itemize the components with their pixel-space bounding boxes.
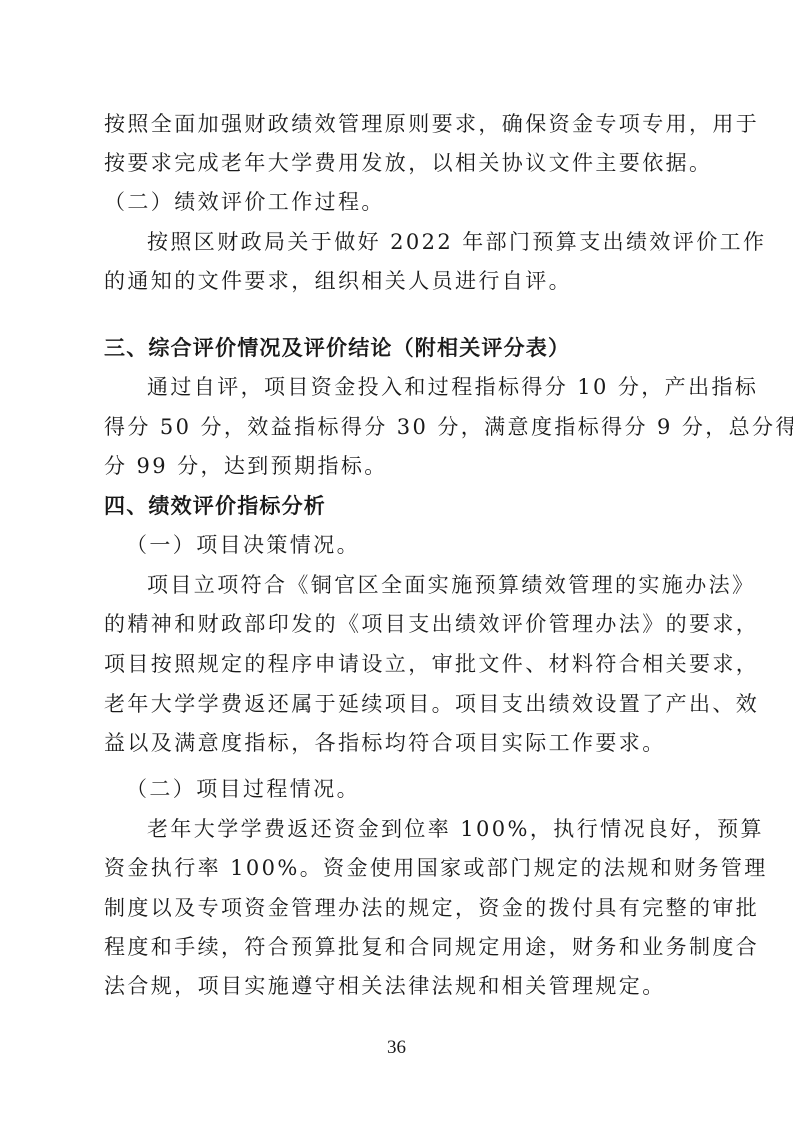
paragraph-line: 程度和手续，符合预算批复和合同规定用途，财务和业务制度合 [104,931,759,961]
subsection-heading: （二）项目过程情况。 [126,773,360,803]
paragraph-line: 通过自评，项目资金投入和过程指标得分 10 分，产出指标 [147,371,758,401]
paragraph-line: 益以及满意度指标，各指标均符合项目实际工作要求。 [104,727,666,757]
subsection-heading: （二）绩效评价工作过程。 [104,186,385,216]
paragraph-line: 法合规，项目实施遵守相关法律法规和相关管理规定。 [104,970,666,1000]
paragraph-line: 按照全面加强财政绩效管理原则要求，确保资金专项专用，用于 [104,108,759,138]
paragraph-line: 得分 50 分，效益指标得分 30 分，满意度指标得分 9 分，总分得 [104,411,793,441]
paragraph-line: 资金执行率 100%。资金使用国家或部门规定的法规和财务管理 [104,852,768,882]
paragraph-line: 分 99 分，达到预期指标。 [104,450,388,480]
paragraph-line: 项目立项符合《铜官区全面实施预算绩效管理的实施办法》 [147,569,755,599]
paragraph-line: 项目按照规定的程序申请设立，审批文件、材料符合相关要求， [104,648,759,678]
paragraph-line: 老年大学学费返还资金到位率 100%，执行情况良好，预算 [147,813,764,843]
paragraph-line: 老年大学学费返还属于延续项目。项目支出绩效设置了产出、效 [104,688,759,718]
paragraph-line: 按照区财政局关于做好 2022 年部门预算支出绩效评价工作 [147,226,766,256]
subsection-heading: （一）项目决策情况。 [126,529,360,559]
paragraph-line: 的通知的文件要求，组织相关人员进行自评。 [104,265,572,295]
section-heading-4: 四、绩效评价指标分析 [104,490,326,520]
paragraph-line: 按要求完成老年大学费用发放，以相关协议文件主要依据。 [104,147,712,177]
paragraph-line: 的精神和财政部印发的《项目支出绩效评价管理办法》的要求， [104,608,759,638]
section-heading-3: 三、综合评价情况及评价结论（附相关评分表） [104,332,570,362]
paragraph-line: 制度以及专项资金管理办法的规定，资金的拨付具有完整的审批 [104,892,759,922]
page-number: 36 [0,1037,793,1059]
